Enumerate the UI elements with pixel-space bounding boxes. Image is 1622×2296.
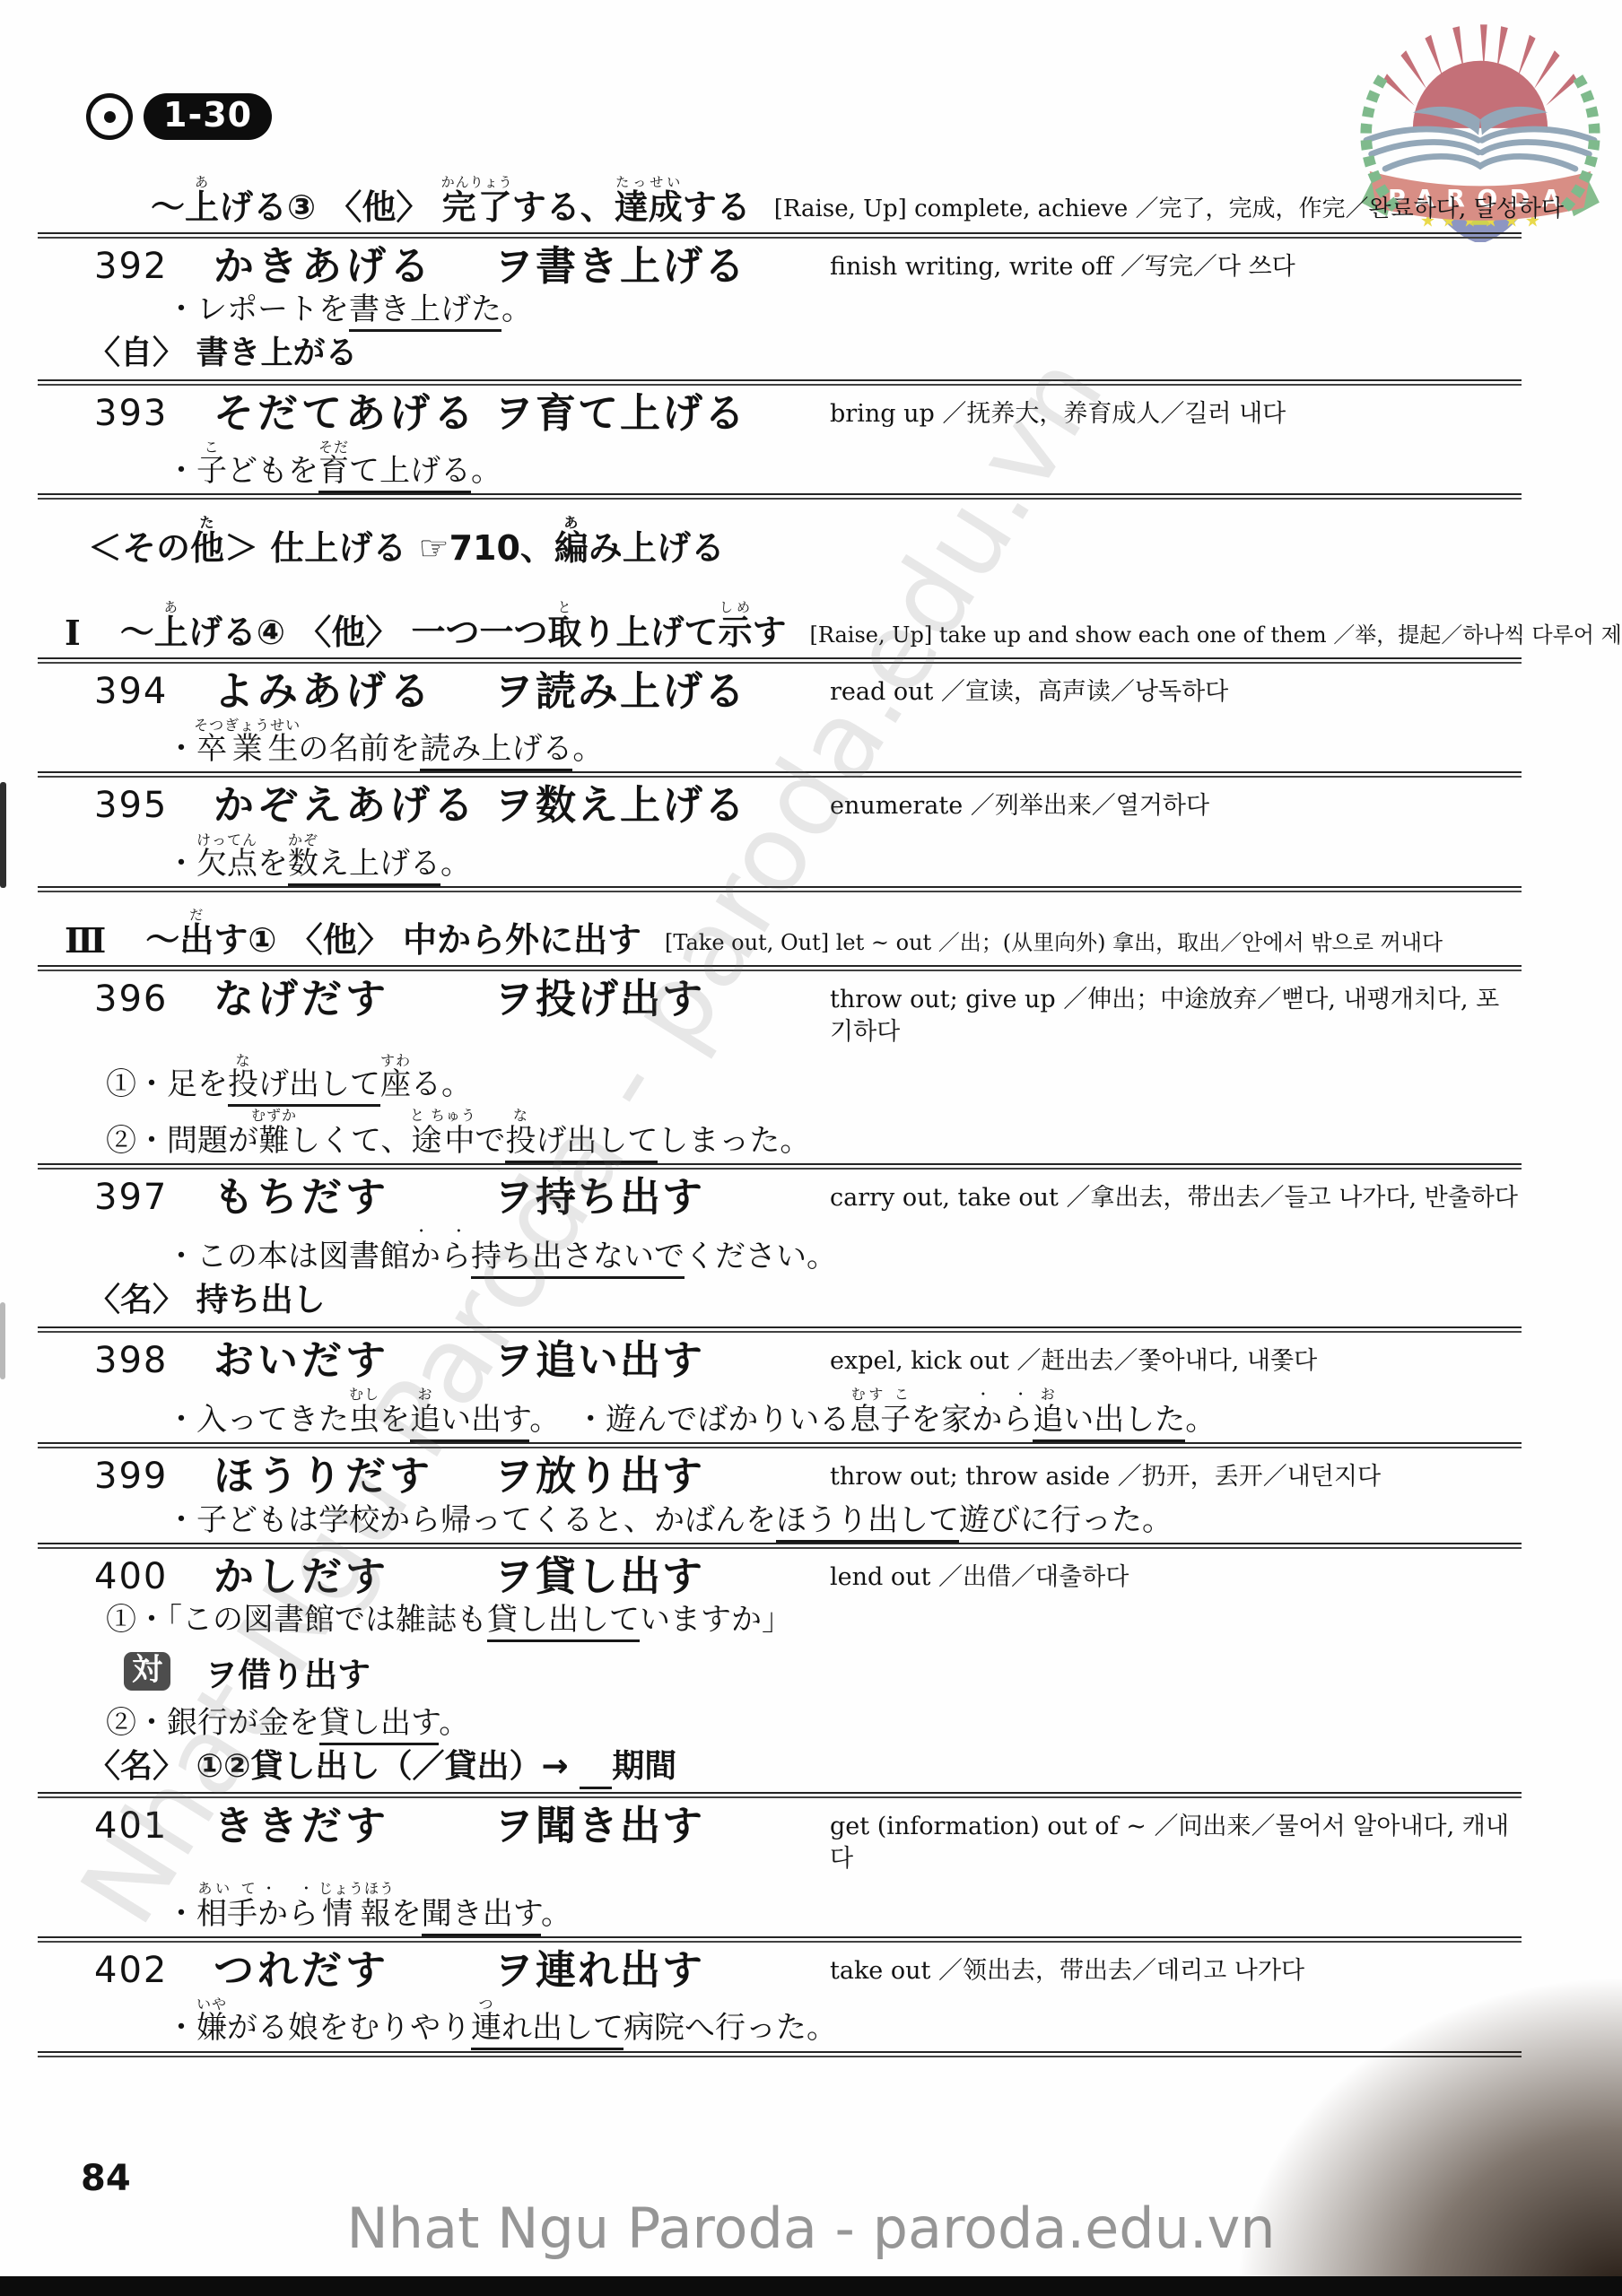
text-seg: を (391, 1896, 422, 1932)
grammar-note: 〈自〉 書き上がる (0, 335, 1622, 371)
example-sentence: ①・「この図書館では雑誌も貸し出していますか」 (0, 1602, 1622, 1638)
entry-kana: おいだす (214, 1338, 493, 1383)
entry-kana: もちだす (214, 1175, 493, 1220)
section-gloss: [Take out, Out] let ~ out ／出；(从里向外) 拿出，取… (665, 925, 1443, 961)
entry-number: 398 (94, 1338, 214, 1381)
text-seg: を家 (911, 1402, 972, 1438)
entry-number: 396 (94, 977, 214, 1020)
ruby-text: 欠点けってん (196, 846, 257, 882)
text-seg: ①・「この図書館では雑誌も (106, 1602, 487, 1638)
text-seg: 。 (440, 846, 471, 882)
section-title-jp: ～出だす① 〈他〉 中から外に出す (145, 907, 641, 961)
entry-kanji: ヲ読み上げる (493, 669, 830, 714)
separator-rule (38, 493, 1522, 500)
text-seg: ・この本は図書館 (166, 1239, 410, 1274)
text-seg: 。 (1185, 1402, 1216, 1438)
keyword-underlined: 書き上げた (349, 291, 501, 332)
entry-kanji: ヲ追い出す (493, 1338, 830, 1383)
ruby-text: 卒業生そつぎょうせい (196, 731, 298, 767)
separator-rule (38, 1163, 1522, 1170)
text-seg: ☞ (419, 528, 449, 568)
ruby-text: 相手あい て (196, 1896, 257, 1932)
entry-gloss: carry out, take out ／拿出去，带出去／들고 나가다, 반출하… (830, 1175, 1522, 1214)
grammar-note: ＜その他た＞ 仕上げる ☞710、編あみ上げる (0, 514, 1622, 569)
separator-rule (38, 379, 1522, 386)
example-sentence: ・子どもは学校から帰ってくると、かばんをほうり出して遊びに行った。 (0, 1502, 1622, 1538)
section-title-jp: ～上あげる④ 〈他〉 一つ一つ取とり上げて示しめす (120, 599, 787, 653)
text-seg: ・レポートを (166, 291, 349, 327)
entry-row: 398おいだすヲ追い出すexpel, kick out ／赶出去／쫓아내다, 내… (0, 1338, 1622, 1383)
example-sentence: ・入ってきた虫むしを追おい出す。 ・遊んでばかりいる息子むす こを家から・ ・追… (0, 1386, 1622, 1438)
text-seg: ・ (166, 1896, 196, 1932)
keyword-underlined: ほうり出して (776, 1502, 959, 1543)
text-seg: 。 (439, 1705, 469, 1741)
ruby-text: 上あ (185, 187, 219, 227)
grammar-note: 〈名〉 持ち出し (0, 1282, 1622, 1318)
scan-smudge (0, 1302, 5, 1379)
separator-rule (38, 232, 1522, 239)
section-numeral: Ⅰ (65, 613, 81, 653)
text-seg: ・ (166, 846, 196, 882)
audio-track-marker: 1-30 (86, 93, 272, 140)
entry-gloss: expel, kick out ／赶出去／쫓아내다, 내쫓다 (830, 1338, 1522, 1378)
scan-smudge (0, 782, 6, 888)
entry-kanji: ヲ聞き出す (493, 1804, 830, 1848)
ruby-text: 達成たっせい (615, 187, 683, 227)
entry-kana: かきあげる (214, 244, 493, 289)
ruby-text: 息子むす こ (850, 1402, 911, 1438)
entry-gloss: enumerate ／列举出来／열거하다 (830, 783, 1522, 822)
text-seg: しまった。 (658, 1123, 810, 1159)
text-seg: ・ (166, 731, 196, 767)
ruby-text: 取と (547, 613, 581, 652)
grammar-note: 〈名〉 ①②貸し出し（／貸出）→ 期間 (0, 1748, 1622, 1785)
text-seg: 〈名〉 持ち出し (88, 1282, 326, 1318)
ruby-text: 他た (190, 528, 224, 568)
example-sentence: ②・問題が難むずかしくて、途中と ちゅうで投なげ出してしまった。 (0, 1107, 1622, 1159)
separator-rule (38, 657, 1522, 664)
keyword-underlined: げ出して (536, 1123, 658, 1163)
entry-kana: かしだす (214, 1554, 493, 1599)
text-seg: を (379, 1402, 410, 1438)
separator-rule (38, 1792, 1522, 1798)
example-sentence: ・欠点けってんを数かぞえ上げる。 (0, 831, 1622, 882)
ruby-text: 上あ (154, 613, 188, 652)
text-seg: ・入ってきた (166, 1402, 349, 1438)
text-seg: する (683, 187, 751, 227)
ruby-text: 出だ (179, 920, 214, 960)
keyword-underlined: 追お (410, 1402, 440, 1442)
ruby-text: から・ ・ (257, 1896, 318, 1932)
ruby-text: から・ ・ (972, 1402, 1033, 1438)
text-seg: どもを (227, 453, 318, 489)
ruby-text: 子こ (196, 453, 227, 489)
text-seg: 。 (501, 291, 532, 327)
text-seg: ・ (166, 2010, 196, 2046)
entry-number: 400 (94, 1554, 214, 1597)
example-sentence: ・子こどもを育そだて上げる。 (0, 439, 1622, 489)
keyword-underlined: 貸し出す (319, 1705, 439, 1745)
text-seg: ②・問題が (106, 1123, 258, 1159)
entry-gloss: throw out; give up ／伸出；中途放弃／뻗다, 내팽개치다, 포… (830, 977, 1522, 1049)
separator-rule (38, 965, 1522, 971)
keyword-underlined: 投な (505, 1123, 536, 1163)
ruby-text: 嫌いや (196, 2010, 227, 2046)
separator-rule (38, 1543, 1522, 1549)
example-sentence: ・相手あい てから・ ・情報じょうほうを聞き出す。 (0, 1880, 1622, 1932)
keyword-underlined (580, 1748, 612, 1789)
entry-gloss: lend out ／出借／대출하다 (830, 1554, 1522, 1594)
entry-kanji: ヲ投げ出す (493, 977, 830, 1022)
entry-kana: ほうりだす (214, 1454, 493, 1499)
entry-number: 392 (94, 244, 214, 287)
separator-rule (38, 1326, 1522, 1333)
example-sentence: ・卒業生そつぎょうせいの名前を読み上げる。 (0, 717, 1622, 767)
text-seg: しくて、 (290, 1123, 411, 1159)
keyword-underlined: て上げる (349, 453, 471, 493)
text-seg: げる③ 〈他〉 (219, 187, 442, 227)
keyword-underlined: 投な (228, 1066, 258, 1107)
keyword-underlined: い出した (1063, 1402, 1185, 1442)
section-gloss: [Raise, Up] complete, achieve ／完了，完成，作完／… (774, 190, 1564, 228)
ruby-text: 虫むし (349, 1402, 379, 1438)
entry-number: 394 (94, 669, 214, 712)
entry-number: 401 (94, 1804, 214, 1847)
text-seg: 遊びに行った。 (959, 1502, 1173, 1538)
entry-kana: なげだす (214, 977, 493, 1022)
keyword-underlined: 数かぞ (288, 846, 318, 886)
separator-rule (38, 771, 1522, 778)
text-seg: する、 (512, 187, 615, 227)
entry-gloss: finish writing, write off ／写完／다 쓰다 (830, 244, 1522, 283)
entry-kanji: ヲ貸し出す (493, 1554, 830, 1599)
entry-gloss: read out ／宣读，高声读／낭독하다 (830, 669, 1522, 709)
text-seg: み上げる (589, 528, 725, 568)
audio-track-badge: 1-30 (144, 93, 272, 140)
text-seg: いますか」 (640, 1602, 792, 1638)
entry-kana: ききだす (214, 1804, 493, 1848)
ruby-text: 難むずか (258, 1123, 290, 1159)
separator-rule (38, 886, 1522, 892)
text-seg: 。 (471, 453, 501, 489)
text-seg: ＜その (88, 528, 190, 568)
text-seg: 。 ・遊んでばかりいる (529, 1402, 850, 1438)
section-title-jp: ～上あげる③ 〈他〉 完了かんりょうする、達成たっせいする (151, 174, 751, 228)
audio-disc-icon (86, 93, 133, 140)
entry-kana: そだてあげる (214, 391, 493, 436)
text-seg: 病院へ行った。 (624, 2010, 837, 2046)
entry-kanji: ヲ数え上げる (493, 783, 830, 828)
entry-row: 395かぞえあげるヲ数え上げるenumerate ／列举出来／열거하다 (0, 783, 1622, 828)
text-seg: 〈自〉 書き上がる (88, 335, 358, 371)
ruby-text: 座すわ (380, 1066, 411, 1102)
entry-kana: よみあげる (214, 669, 493, 714)
text-seg: げる④ 〈他〉 一つ一つ (188, 613, 548, 652)
ruby-text: 示しめ (718, 613, 752, 652)
text-seg: す (753, 613, 787, 652)
text-seg: 期間 (612, 1748, 676, 1785)
text-seg: を (257, 846, 288, 882)
entry-row: 393そだてあげるヲ育て上げるbring up ／抚养大，养育成人／길러 내다 (0, 391, 1622, 436)
entry-number: 399 (94, 1454, 214, 1497)
ruby-text: から・ ・ (410, 1239, 471, 1274)
keyword-underlined: れ出して (501, 2010, 624, 2050)
entry-number: 393 (94, 391, 214, 434)
page-number: 84 (81, 2158, 131, 2199)
entry-kanji: ヲ放り出す (493, 1454, 830, 1499)
text-seg: で (475, 1123, 505, 1159)
keyword-underlined: 追お (1033, 1402, 1063, 1442)
text-seg: がる娘をむりやり (227, 2010, 471, 2046)
ruby-text: 途中と ちゅう (411, 1123, 475, 1159)
keyword-underlined: 持ち出さないで (471, 1239, 685, 1279)
example-sentence: ②・銀行が金を貸し出す。 (0, 1705, 1622, 1741)
scan-edge-bar (0, 2276, 1622, 2296)
text-seg: 。 (572, 731, 603, 767)
entry-row: 392かきあげるヲ書き上げるfinish writing, write off … (0, 244, 1622, 289)
section-header: ～上あげる③ 〈他〉 完了かんりょうする、達成たっせいする[Raise, Up]… (0, 174, 1622, 228)
entry-row: 400かしだすヲ貸し出すlend out ／出借／대출하다 (0, 1554, 1622, 1599)
text-seg: ①・足を (106, 1066, 228, 1102)
example-sentence: ・この本は図書館から・ ・持ち出さないでください。 (0, 1222, 1622, 1274)
section-header: Ⅲ～出だす① 〈他〉 中から外に出す[Take out, Out] let ~ … (0, 907, 1622, 961)
keyword-underlined: 読み上げる (420, 731, 572, 771)
textbook-page: 1-30 ★ ★ ★ ★ ★ ★ (0, 0, 1622, 2296)
antonym-word: ヲ借り出す (205, 1648, 371, 1696)
entry-number: 402 (94, 1948, 214, 1991)
footer-watermark: Nhat Ngu Paroda - paroda.edu.vn (346, 2196, 1275, 2261)
text-seg: る。 (411, 1066, 472, 1102)
entry-row: 401ききだすヲ聞き出すget (information) out of ~ ／… (0, 1804, 1622, 1876)
text-seg: ・子どもは学校から帰ってくると、かばんを (166, 1502, 776, 1538)
keyword-underlined: げ出して (258, 1066, 380, 1107)
text-seg: す① 〈他〉 中から外に出す (214, 920, 641, 960)
separator-rule (38, 1936, 1522, 1943)
text-seg: り上げて (581, 613, 718, 652)
section-header: Ⅰ～上あげる④ 〈他〉 一つ一つ取とり上げて示しめす[Raise, Up] ta… (0, 599, 1622, 653)
text-seg: ください。 (685, 1239, 837, 1274)
text-seg: 。 (541, 1896, 571, 1932)
keyword-underlined: い出す (440, 1402, 529, 1442)
entry-row: 396なげだすヲ投げ出すthrow out; give up ／伸出；中途放弃／… (0, 977, 1622, 1049)
entry-number: 395 (94, 783, 214, 826)
entry-kanji: ヲ連れ出す (493, 1948, 830, 1993)
keyword-underlined: 聞き出す (422, 1896, 541, 1936)
dictionary-entries: ～上あげる③ 〈他〉 完了かんりょうする、達成たっせいする[Raise, Up]… (0, 143, 1622, 2062)
text-seg: ～ (120, 613, 154, 652)
entry-row: 394よみあげるヲ読み上げるread out ／宣读，高声读／낭독하다 (0, 669, 1622, 714)
keyword-underlined: 連つ (471, 2010, 501, 2050)
ruby-text: 情報じょうほう (318, 1896, 391, 1932)
antonym-badge: 対 (124, 1652, 170, 1691)
text-seg: 710、 (449, 528, 554, 568)
entry-kanji: ヲ持ち出す (493, 1175, 830, 1220)
text-seg: ～ (145, 920, 179, 960)
page-curl-shadow (1209, 1955, 1622, 2296)
example-sentence: ・レポートを書き上げた。 (0, 291, 1622, 327)
entry-kana: かぞえあげる (214, 783, 493, 828)
entry-gloss: bring up ／抚养大，养育成人／길러 내다 (830, 391, 1522, 430)
antonym-note: 対ヲ借り出す (0, 1648, 1622, 1696)
keyword-underlined: え上げる (318, 846, 440, 886)
entry-gloss: get (information) out of ~ ／问出来／물어서 알아내다… (830, 1804, 1522, 1876)
entry-kanji: ヲ書き上げる (493, 244, 830, 289)
text-seg: ・ (166, 453, 196, 489)
sun-icon (1413, 61, 1548, 128)
text-seg: ＞ 仕上げる (224, 528, 418, 568)
keyword-underlined: 育そだ (318, 453, 349, 493)
text-seg: の名前を (298, 731, 420, 767)
entry-number: 397 (94, 1175, 214, 1218)
text-seg: ②・銀行が金を (106, 1705, 319, 1741)
section-numeral: Ⅲ (65, 921, 106, 961)
entry-row: 399ほうりだすヲ放り出すthrow out; throw aside ／扔开，… (0, 1454, 1622, 1499)
separator-rule (38, 1442, 1522, 1448)
ruby-text: 完了かんりょう (442, 187, 512, 227)
text-seg: ～ (151, 187, 185, 227)
ruby-text: 編あ (554, 528, 589, 568)
entry-kanji: ヲ育て上げる (493, 391, 830, 436)
entry-kana: つれだす (214, 1948, 493, 1993)
entry-row: 397もちだすヲ持ち出すcarry out, take out ／拿出去，带出去… (0, 1175, 1622, 1220)
keyword-underlined: 貸し出して (487, 1602, 640, 1642)
entry-gloss: throw out; throw aside ／扔开，丢开／내던지다 (830, 1454, 1522, 1493)
section-gloss: [Raise, Up] take up and show each one of… (810, 617, 1622, 653)
example-sentence: ①・足を投なげ出して座すわる。 (0, 1052, 1622, 1102)
text-seg: 〈名〉 ①②貸し出し（／貸出）→ (88, 1748, 580, 1785)
